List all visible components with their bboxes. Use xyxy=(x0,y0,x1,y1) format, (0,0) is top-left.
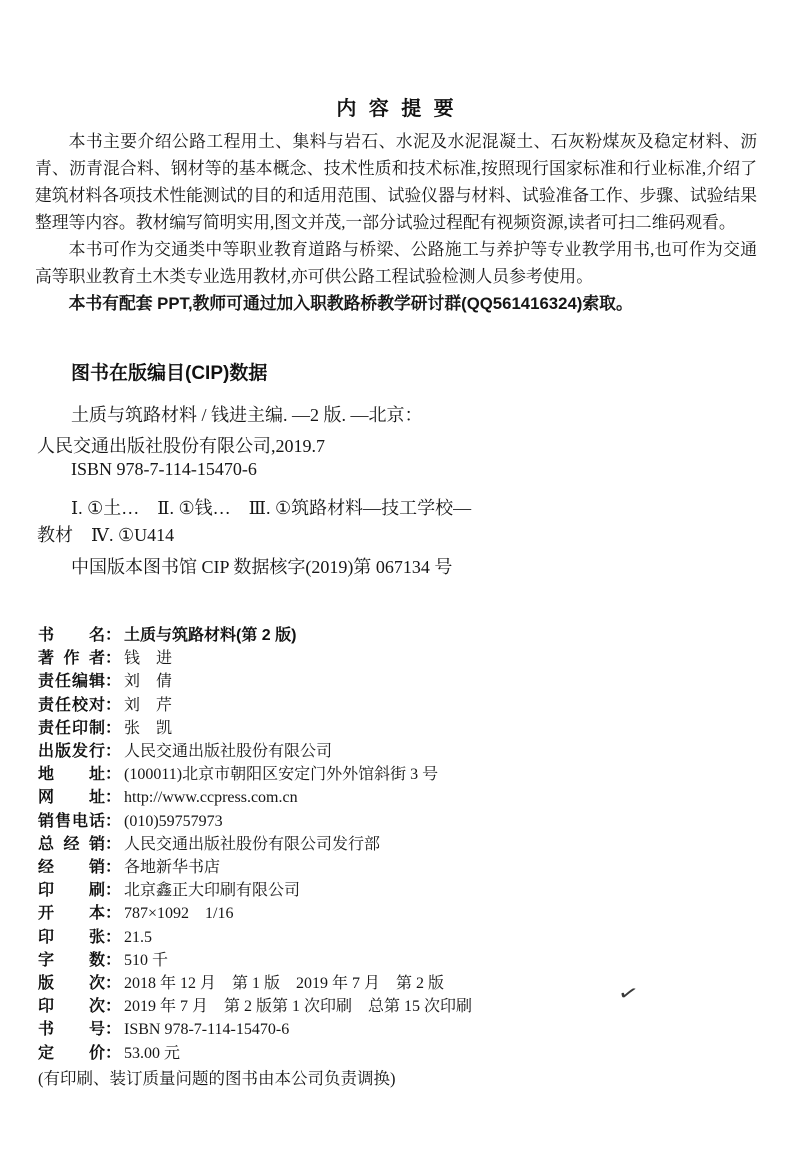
colophon-value: 钱 进 xyxy=(121,650,172,667)
colophon-value: ISBN 978-7-114-15470-6 xyxy=(121,1021,289,1038)
quality-note: (有印刷、装订质量问题的图书由本公司负责调换) xyxy=(38,1067,472,1090)
colophon-row: 版次：2018 年 12 月 第 1 版 2019 年 7 月 第 2 版 xyxy=(38,972,472,995)
colophon-label: 字数 xyxy=(38,949,105,972)
colophon-colon: ： xyxy=(105,882,121,899)
colophon-label: 责任印制 xyxy=(38,717,105,740)
colophon-row: 定价：53.00 元 xyxy=(38,1042,472,1065)
colophon-row: 著作者：钱 进 xyxy=(38,647,472,670)
handwritten-checkmark: ✓ xyxy=(616,979,641,1006)
colophon-value: 人民交通出版社股份有限公司发行部 xyxy=(121,836,380,853)
colophon-colon: ： xyxy=(105,836,121,853)
book-copyright-page: 内容提要 本书主要介绍公路工程用土、集料与岩石、水泥及水泥混凝土、石灰粉煤灰及稳… xyxy=(0,0,790,1154)
colophon-label: 网址 xyxy=(38,786,105,809)
cip-record-number: 中国版本图书馆 CIP 数据核字(2019)第 067134 号 xyxy=(71,553,452,579)
colophon-colon: ： xyxy=(105,720,121,737)
colophon-label: 印刷 xyxy=(38,879,105,902)
colophon-colon: ： xyxy=(105,1045,121,1062)
colophon-row: 网址：http://www.ccpress.com.cn xyxy=(38,786,472,809)
cip-title-line: 土质与筑路材料 / 钱进主编. —2 版. —北京： xyxy=(71,401,423,427)
colophon-colon: ： xyxy=(105,905,121,922)
colophon-label: 印次 xyxy=(38,995,105,1018)
colophon-label: 著作者 xyxy=(38,647,105,670)
colophon-value: 53.00 元 xyxy=(121,1045,180,1062)
colophon-value: 张 凯 xyxy=(121,720,172,737)
colophon-value: 人民交通出版社股份有限公司 xyxy=(121,743,332,760)
colophon-row: 书号：ISBN 978-7-114-15470-6 xyxy=(38,1018,472,1041)
colophon-row: 地址：(100011)北京市朝阳区安定门外外馆斜街 3 号 xyxy=(38,763,472,786)
colophon-label: 总经销 xyxy=(38,833,105,856)
colophon-colon: ： xyxy=(105,650,121,667)
colophon-label: 定价 xyxy=(38,1042,105,1065)
colophon-colon: ： xyxy=(105,859,121,876)
summary-paragraph-2: 本书可作为交通类中等职业教育道路与桥梁、公路施工与养护等专业教学用书,也可作为交… xyxy=(35,236,757,290)
content-summary: 本书主要介绍公路工程用土、集料与岩石、水泥及水泥混凝土、石灰粉煤灰及稳定材料、沥… xyxy=(35,128,757,317)
cip-classification-line-1: Ⅰ. ①土… Ⅱ. ①钱… Ⅲ. ①筑路材料—技工学校— xyxy=(71,494,471,520)
cip-publisher-line: 人民交通出版社股份有限公司,2019.7 xyxy=(37,432,325,458)
colophon-row: 责任印制：张 凯 xyxy=(38,717,472,740)
colophon-value: (010)59757973 xyxy=(121,813,223,830)
colophon-label: 销售电话 xyxy=(38,810,105,833)
colophon-row: 总经销：人民交通出版社股份有限公司发行部 xyxy=(38,833,472,856)
colophon-row: 责任编辑：刘 倩 xyxy=(38,670,472,693)
colophon-colon: ： xyxy=(105,789,121,806)
colophon-value: 刘 倩 xyxy=(121,673,172,690)
colophon-label: 地址 xyxy=(38,763,105,786)
colophon-row: 书名：土质与筑路材料(第 2 版) xyxy=(38,624,472,647)
colophon-label: 书名 xyxy=(38,624,105,647)
colophon-value: 各地新华书店 xyxy=(121,859,220,876)
colophon-row: 责任校对：刘 芹 xyxy=(38,694,472,717)
colophon-row: 印刷：北京鑫正大印刷有限公司 xyxy=(38,879,472,902)
summary-paragraph-ppt: 本书有配套 PPT,教师可通过加入职教路桥教学研讨群(QQ561416324)索… xyxy=(35,290,757,317)
colophon-row: 出版发行：人民交通出版社股份有限公司 xyxy=(38,740,472,763)
colophon-value: 2019 年 7 月 第 2 版第 1 次印刷 总第 15 次印刷 xyxy=(121,998,472,1015)
colophon-colon: ： xyxy=(105,766,121,783)
colophon-value: 刘 芹 xyxy=(121,697,172,714)
colophon-list: 书名：土质与筑路材料(第 2 版)著作者：钱 进责任编辑：刘 倩责任校对：刘 芹… xyxy=(38,624,472,1090)
colophon-colon: ： xyxy=(105,998,121,1015)
colophon-label: 版次 xyxy=(38,972,105,995)
colophon-value: 2018 年 12 月 第 1 版 2019 年 7 月 第 2 版 xyxy=(121,975,444,992)
colophon-label: 出版发行 xyxy=(38,740,105,763)
colophon-value: 787×1092 1/16 xyxy=(121,905,233,922)
colophon-row: 经销：各地新华书店 xyxy=(38,856,472,879)
cip-classification-line-2: 教材 Ⅳ. ①U414 xyxy=(37,521,174,547)
colophon-colon: ： xyxy=(105,743,121,760)
colophon-label: 书号 xyxy=(38,1018,105,1041)
colophon-value: 北京鑫正大印刷有限公司 xyxy=(121,882,300,899)
colophon-value: 510 千 xyxy=(121,952,168,969)
colophon-colon: ： xyxy=(105,697,121,714)
colophon-label: 经销 xyxy=(38,856,105,879)
colophon-label: 责任校对 xyxy=(38,694,105,717)
cip-isbn: ISBN 978-7-114-15470-6 xyxy=(71,459,257,480)
page-title: 内容提要 xyxy=(0,92,790,121)
colophon-value: (100011)北京市朝阳区安定门外外馆斜街 3 号 xyxy=(121,766,438,783)
colophon-label: 责任编辑 xyxy=(38,670,105,693)
colophon-row: 销售电话：(010)59757973 xyxy=(38,810,472,833)
colophon-row: 开本：787×1092 1/16 xyxy=(38,902,472,925)
colophon-row: 字数：510 千 xyxy=(38,949,472,972)
colophon-colon: ： xyxy=(105,952,121,969)
colophon-label: 印张 xyxy=(38,926,105,949)
colophon-colon: ： xyxy=(105,813,121,830)
colophon-row: 印张：21.5 xyxy=(38,926,472,949)
colophon-colon: ： xyxy=(105,627,121,644)
colophon-colon: ： xyxy=(105,1021,121,1038)
colophon-colon: ： xyxy=(105,929,121,946)
colophon-value: http://www.ccpress.com.cn xyxy=(121,789,298,806)
summary-paragraph-1: 本书主要介绍公路工程用土、集料与岩石、水泥及水泥混凝土、石灰粉煤灰及稳定材料、沥… xyxy=(35,128,757,236)
colophon-colon: ： xyxy=(105,673,121,690)
cip-header: 图书在版编目(CIP)数据 xyxy=(71,358,267,385)
colophon-row: 印次：2019 年 7 月 第 2 版第 1 次印刷 总第 15 次印刷 xyxy=(38,995,472,1018)
colophon-value: 土质与筑路材料(第 2 版) xyxy=(121,627,296,644)
colophon-label: 开本 xyxy=(38,902,105,925)
colophon-colon: ： xyxy=(105,975,121,992)
colophon-value: 21.5 xyxy=(121,929,152,946)
